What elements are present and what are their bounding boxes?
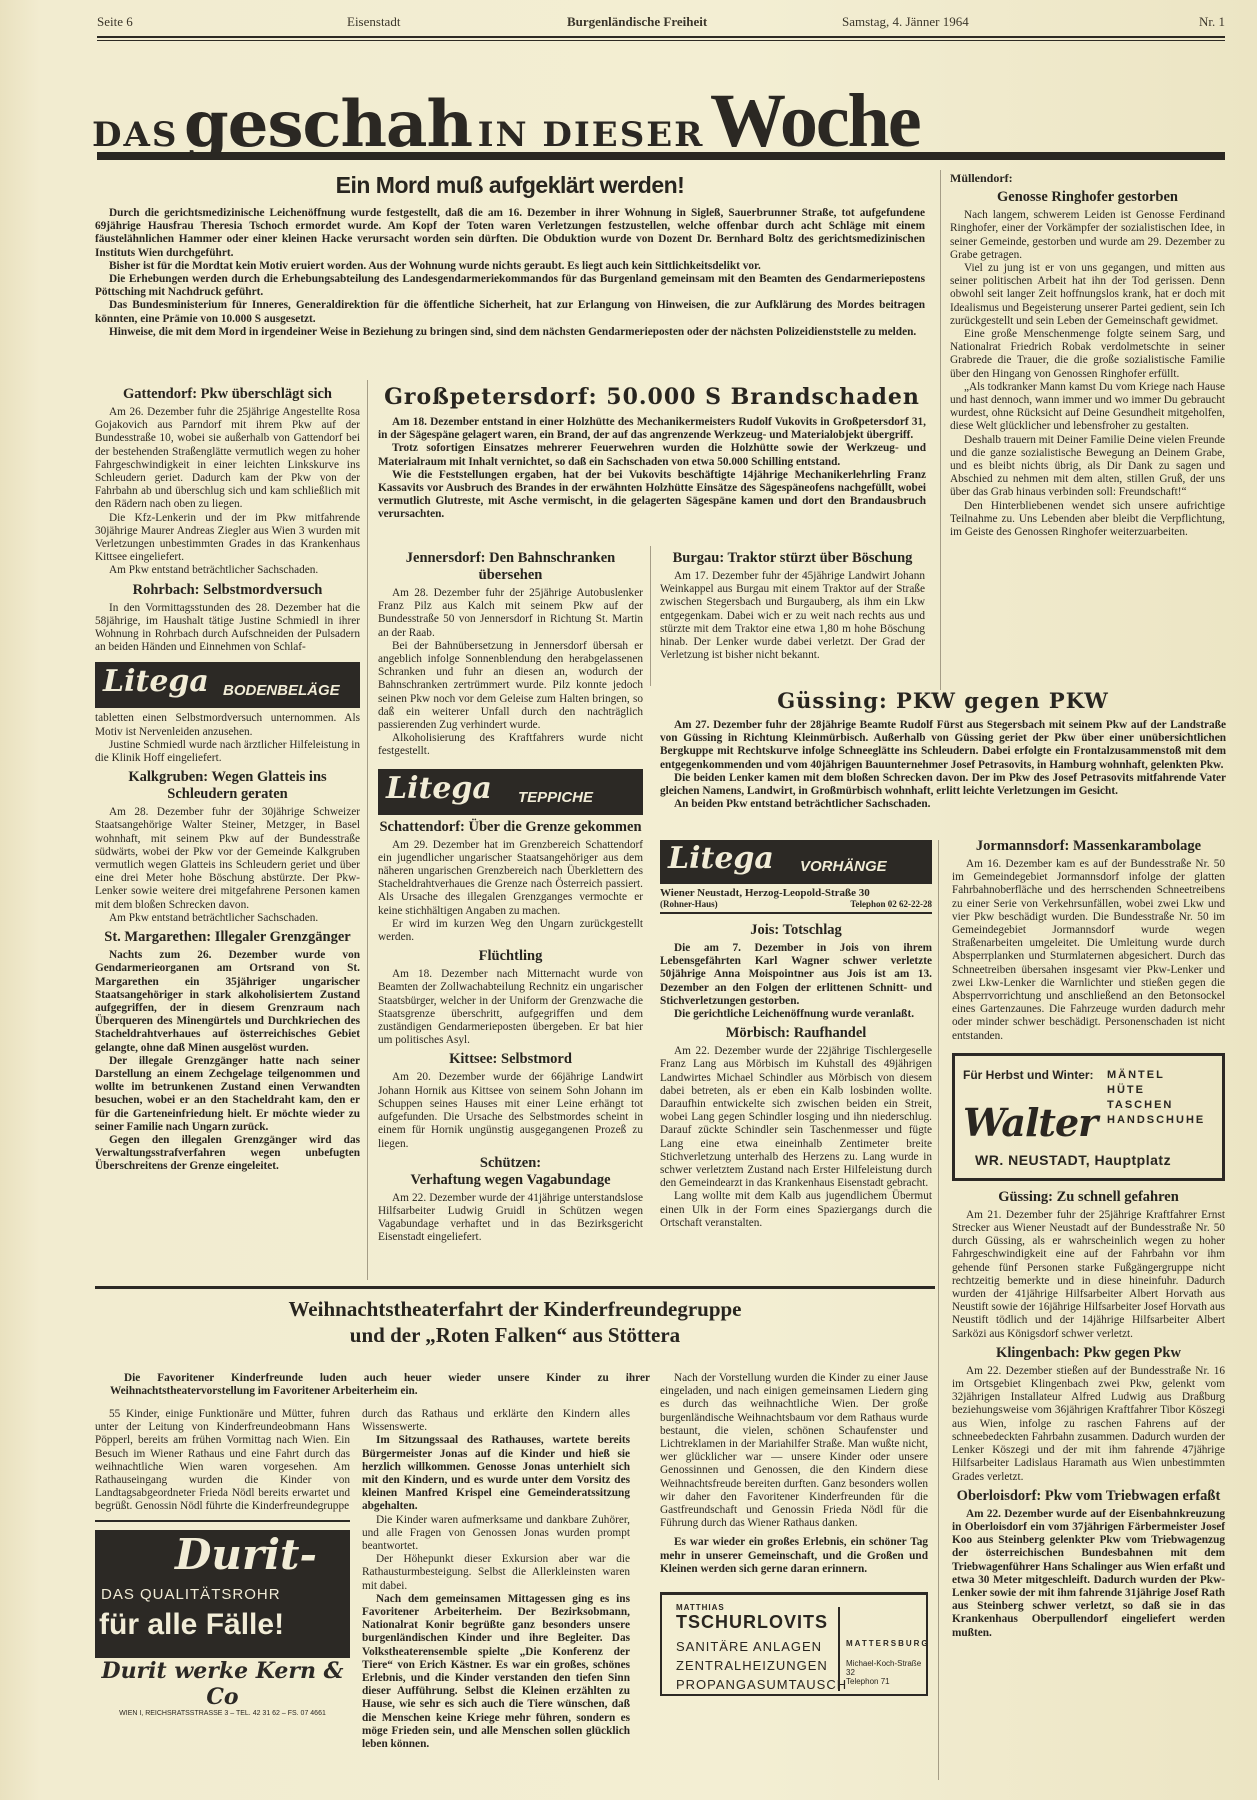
article-grosspetersdorf: Großpetersdorf: 50.000 S Brandschaden Am…: [378, 384, 926, 522]
article-oberloisdorf: Oberloisdorf: Pkw vom Triebwagen erfaßt …: [952, 1488, 1225, 1640]
article-theaterfahrt: Weihnachtstheaterfahrt der Kinderfreunde…: [95, 1296, 935, 1358]
headline: Verhaftung wegen Vagabundage: [378, 1172, 643, 1189]
section-rule: [95, 1286, 935, 1289]
ad-address: Wiener Neustadt, Herzog-Leopold-Straße 3…: [660, 887, 932, 899]
headline: Schattendorf: Über die Grenze gekommen: [378, 819, 643, 836]
ad-phone: Telephon 02 62-22-28: [850, 899, 932, 909]
kicker: Schützen:: [378, 1155, 643, 1172]
headline: Ein Mord muß aufgeklärt werden!: [95, 172, 925, 199]
headline: Weihnachtstheaterfahrt der Kinderfreunde…: [95, 1296, 935, 1322]
ad-tschurlovits[interactable]: MATTHIAS TSCHURLOVITS SANITÄRE ANLAGEN Z…: [660, 1592, 928, 1696]
ad-durit-footer[interactable]: Durit werke Kern & Co WIEN I, REICHSRATS…: [95, 1658, 350, 1696]
page-header: Seite 6 Eisenstadt Burgenländische Freih…: [97, 12, 1225, 32]
ad-litega-teppiche[interactable]: Litega TEPPICHE: [378, 769, 643, 815]
left-column: Gattendorf: Pkw überschlägt sich Am 26. …: [95, 382, 360, 1174]
ad-note: (Rohner-Haus): [660, 899, 718, 909]
article-kalkgruben: Kalkgruben: Wegen Glatteis ins Schleuder…: [95, 769, 360, 925]
theater-col1: 55 Kinder, einige Funktionäre und Mütter…: [95, 1408, 350, 1514]
article-rohrbach: Rohrbach: Selbstmordversuch In den Vormi…: [95, 582, 360, 655]
headline: Güssing: PKW gegen PKW: [660, 688, 1226, 713]
article-jormannsdorf: Jormannsdorf: Massenkarambolage Am 16. D…: [952, 838, 1225, 1043]
issue-number: Nr. 1: [1199, 14, 1225, 30]
article-jois: Jois: Totschlag Die am 7. Dezember in Jo…: [660, 922, 932, 1021]
section-masthead: DAS geschah IN DIESER Woche: [92, 78, 1228, 148]
headline: Rohrbach: Selbstmordversuch: [95, 582, 360, 599]
ad-durit[interactable]: Durit- DAS QUALITÄTSROHR für alle Fälle!: [95, 1530, 350, 1658]
article-schattendorf: Schattendorf: Über die Grenze gekommen A…: [378, 819, 643, 945]
article-burgau: Burgau: Traktor stürzt über Böschung Am …: [660, 546, 925, 662]
headline: Großpetersdorf: 50.000 S Brandschaden: [378, 384, 926, 410]
headline: Genosse Ringhofer gestorben: [950, 189, 1225, 206]
headline: Jois: Totschlag: [660, 922, 932, 939]
article-jennersdorf: Jennersdorf: Den Bahnschranken übersehen…: [378, 550, 643, 759]
walter-items: MÄNTEL HÜTE TASCHEN HANDSCHUHE: [1107, 1068, 1205, 1128]
kicker: Müllendorf:: [950, 172, 1225, 185]
column-divider: [940, 170, 941, 690]
newspaper-page: Seite 6 Eisenstadt Burgenländische Freih…: [0, 0, 1257, 1800]
theater-col3: Nach der Vorstellung wurden die Kinder z…: [660, 1372, 928, 1696]
theater-intro: Die Favoritener Kinderfreunde luden auch…: [110, 1372, 650, 1398]
ad-litega-vorhaenge[interactable]: Litega VORHÄNGE: [660, 840, 932, 884]
headline-line2: und der „Roten Falken“ aus Stöttera: [95, 1322, 935, 1348]
far-right-column: Jormannsdorf: Massenkarambolage Am 16. D…: [952, 838, 1225, 1640]
issue-date: Samstag, 4. Jänner 1964: [842, 14, 969, 30]
header-rule-thin: [97, 40, 1225, 41]
ad-walter[interactable]: Für Herbst und Winter: Walter MÄNTEL HÜT…: [952, 1053, 1225, 1181]
article-lead-murder: Ein Mord muß aufgeklärt werden! Durch di…: [95, 172, 925, 339]
article-gattendorf: Gattendorf: Pkw überschlägt sich Am 26. …: [95, 386, 360, 578]
article-kittsee: Kittsee: Selbstmord Am 20. Dezember wurd…: [378, 1051, 643, 1150]
ad-rule: [95, 1520, 350, 1522]
article-schuetzen: Schützen: Verhaftung wegen Vagabundage A…: [378, 1155, 643, 1245]
article-klingenbach: Klingenbach: Pkw gegen Pkw Am 22. Dezemb…: [952, 1345, 1225, 1484]
theater-col2: durch das Rathaus und erklärte den Kinde…: [362, 1408, 630, 1751]
headline: Oberloisdorf: Pkw vom Triebwagen erfaßt: [952, 1488, 1225, 1505]
headline: Burgau: Traktor stürzt über Böschung: [660, 550, 925, 567]
headline: Jormannsdorf: Massenkarambolage: [952, 838, 1225, 855]
header-rule: [97, 36, 1225, 38]
article-muellendorf: Müllendorf: Genosse Ringhofer gestorben …: [950, 172, 1225, 539]
headline: Klingenbach: Pkw gegen Pkw: [952, 1345, 1225, 1362]
page-number: Seite 6: [97, 14, 133, 30]
article-moerbisch: Mörbisch: Raufhandel Am 22. Dezember wur…: [660, 1025, 932, 1230]
article-st-margarethen: St. Margarethen: Illegaler Grenzgänger N…: [95, 929, 360, 1173]
headline: Güssing: Zu schnell gefahren: [952, 1189, 1225, 1206]
headline: St. Margarethen: Illegaler Grenzgänger: [95, 929, 360, 946]
walter-logo: Walter: [963, 1100, 1097, 1145]
article-fluechtling: Flüchtling Am 18. Dezember nach Mitterna…: [378, 948, 643, 1047]
middle-column: Jennersdorf: Den Bahnschranken übersehen…: [378, 546, 643, 1245]
headline: Kittsee: Selbstmord: [378, 1051, 643, 1068]
headline: Kalkgruben: Wegen Glatteis ins Schleuder…: [95, 769, 360, 803]
column-divider: [650, 546, 651, 686]
ad-litega-bodenbelaege[interactable]: Litega BODENBELÄGE: [95, 662, 360, 708]
article-guessing-schnell: Güssing: Zu schnell gefahren Am 21. Deze…: [952, 1189, 1225, 1341]
column-divider: [938, 840, 939, 1780]
durit-logo: Durit-: [175, 1530, 317, 1579]
headline: Gattendorf: Pkw überschlägt sich: [95, 386, 360, 403]
masthead-rule: [97, 152, 1225, 160]
article-guessing-pkw: Güssing: PKW gegen PKW Am 27. Dezember f…: [660, 688, 1226, 811]
ad-divider: [838, 1607, 840, 1691]
article-rohrbach-cont: tabletten einen Selbstmordversuch untern…: [95, 712, 360, 765]
lead-body: Durch die gerichtsmedizinische Leichenöf…: [95, 207, 925, 339]
right-middle-column: Litega VORHÄNGE Wiener Neustadt, Herzog-…: [660, 840, 932, 1230]
headline: Flüchtling: [378, 948, 643, 965]
city: Eisenstadt: [347, 14, 400, 30]
column-divider: [367, 380, 368, 1280]
headline: Mörbisch: Raufhandel: [660, 1025, 932, 1042]
paper-name: Burgenländische Freiheit: [567, 14, 707, 30]
headline: Jennersdorf: Den Bahnschranken übersehen: [378, 550, 643, 584]
